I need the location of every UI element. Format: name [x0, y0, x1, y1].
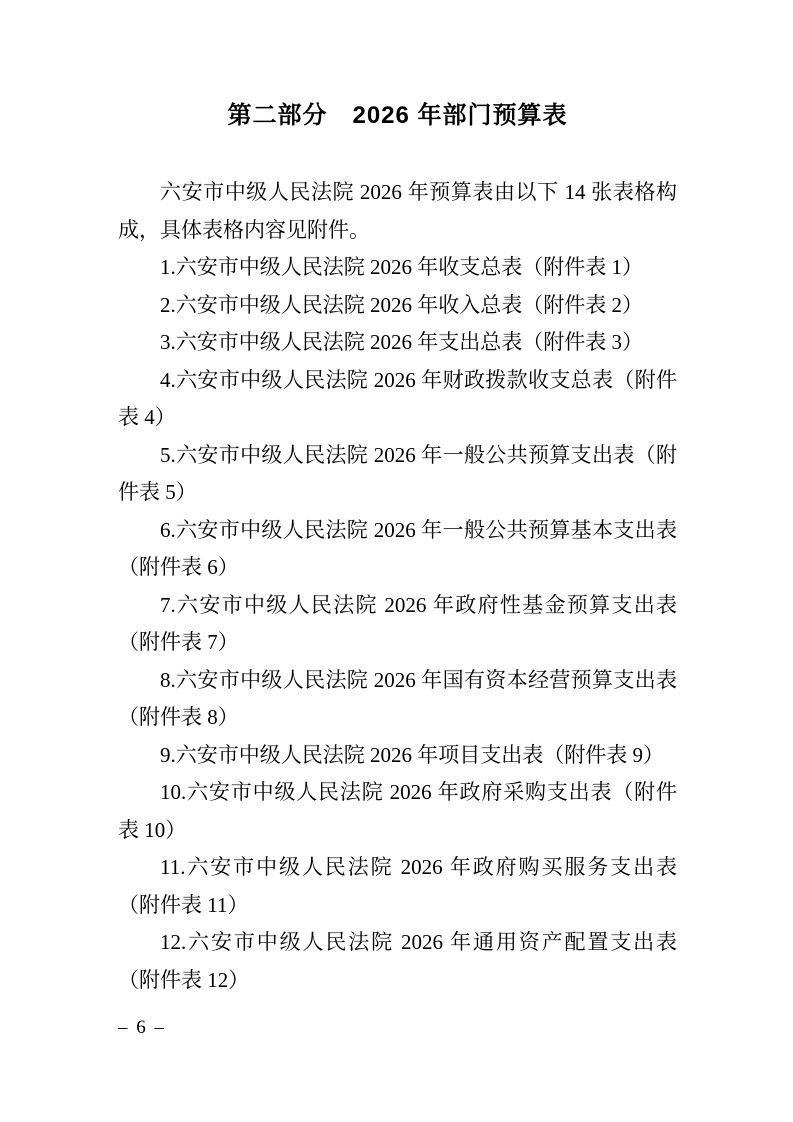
- document-page: 第二部分 2026 年部门预算表 六安市中级人民法院 2026 年预算表由以下 …: [0, 0, 793, 1122]
- list-item-4: 4.六安市中级人民法院 2026 年财政拨款收支总表（附件表 4）: [118, 362, 677, 437]
- page-number: – 6 –: [118, 1016, 166, 1040]
- intro-paragraph: 六安市中级人民法院 2026 年预算表由以下 14 张表格构成，具体表格内容见附…: [118, 174, 677, 249]
- list-item-8: 8.六安市中级人民法院 2026 年国有资本经营预算支出表（附件表 8）: [118, 662, 677, 737]
- list-item-7: 7.六安市中级人民法院 2026 年政府性基金预算支出表（附件表 7）: [118, 587, 677, 662]
- page-title: 第二部分 2026 年部门预算表: [118, 98, 677, 134]
- document-body: 六安市中级人民法院 2026 年预算表由以下 14 张表格构成，具体表格内容见附…: [118, 174, 677, 999]
- list-item-1: 1.六安市中级人民法院 2026 年收支总表（附件表 1）: [118, 249, 677, 287]
- list-item-12: 12.六安市中级人民法院 2026 年通用资产配置支出表（附件表 12）: [118, 924, 677, 999]
- list-item-9: 9.六安市中级人民法院 2026 年项目支出表（附件表 9）: [118, 737, 677, 775]
- list-item-2: 2.六安市中级人民法院 2026 年收入总表（附件表 2）: [118, 287, 677, 325]
- list-item-5: 5.六安市中级人民法院 2026 年一般公共预算支出表（附件表 5）: [118, 437, 677, 512]
- list-item-10: 10.六安市中级人民法院 2026 年政府采购支出表（附件表 10）: [118, 774, 677, 849]
- list-item-3: 3.六安市中级人民法院 2026 年支出总表（附件表 3）: [118, 324, 677, 362]
- list-item-6: 6.六安市中级人民法院 2026 年一般公共预算基本支出表（附件表 6）: [118, 512, 677, 587]
- list-item-11: 11.六安市中级人民法院 2026 年政府购买服务支出表（附件表 11）: [118, 849, 677, 924]
